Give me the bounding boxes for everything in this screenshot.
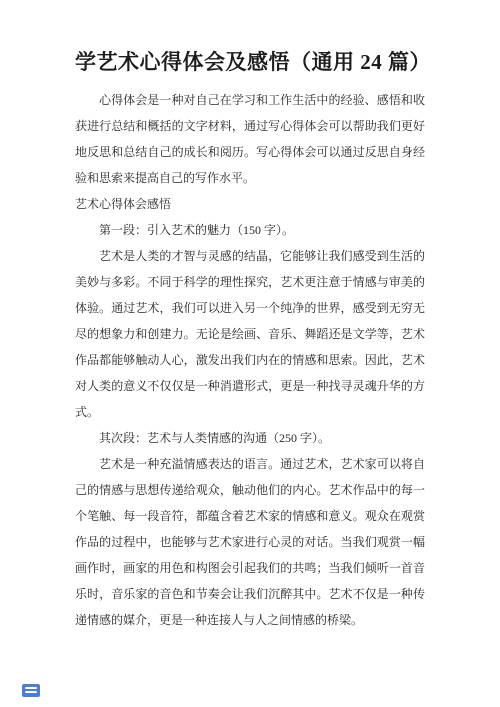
document-page: 学艺术心得体会及感悟（通用 24 篇） 心得体会是一种对自己在学习和工作生活中的… [0, 0, 500, 707]
section-heading: 艺术心得体会感悟 [75, 191, 425, 217]
paragraph: 艺术是一种充溢情感表达的语言。通过艺术，艺术家可以将自己的情感与思想传递给观众，… [75, 451, 425, 633]
page-title: 学艺术心得体会及感悟（通用 24 篇） [75, 47, 425, 77]
document-body: 心得体会是一种对自己在学习和工作生活中的经验、感悟和收获进行总结和概括的文字材料… [75, 87, 425, 633]
watermark-detail [25, 687, 37, 689]
paragraph: 艺术是人类的才智与灵感的结晶，它能够让我们感受到生活的美妙与多彩。不同于科学的理… [75, 243, 425, 425]
watermark-detail [25, 691, 37, 693]
paragraph: 心得体会是一种对自己在学习和工作生活中的经验、感悟和收获进行总结和概括的文字材料… [75, 87, 425, 191]
watermark-logo-icon [22, 684, 40, 697]
paragraph: 第一段：引入艺术的魅力（150 字）。 [75, 217, 425, 243]
paragraph: 其次段：艺术与人类情感的沟通（250 字）。 [75, 425, 425, 451]
